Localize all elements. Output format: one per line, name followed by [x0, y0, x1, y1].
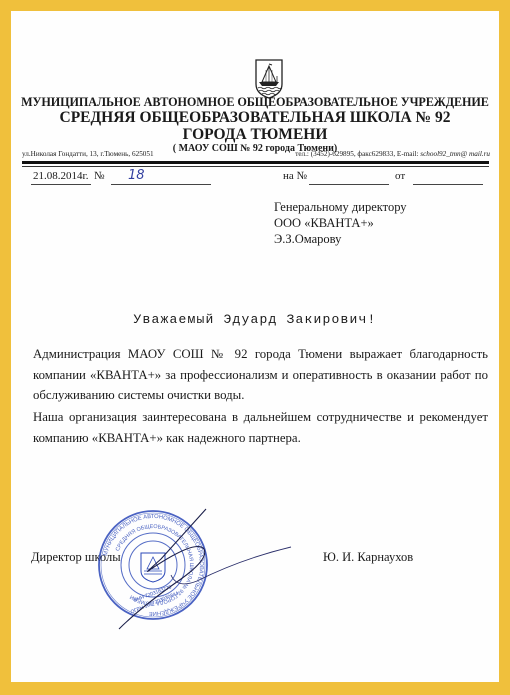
outgoing-number-handwritten: 18	[128, 168, 145, 183]
reference-number-underline	[309, 184, 389, 185]
body-paragraph-2: Наша организация заинтересована в дальне…	[33, 407, 488, 448]
reference-date-underline	[413, 184, 483, 185]
org-name-line1: МУНИЦИПАЛЬНОЕ АВТОНОМНОЕ ОБЩЕОБРАЗОВАТЕЛ…	[11, 95, 499, 110]
reference-date-label: от	[395, 170, 405, 182]
signer-name: Ю. И. Карнаухов	[323, 550, 413, 565]
addressee-position: Генеральному директору	[274, 200, 407, 215]
org-email: school92_tmn@ mail.ru	[420, 150, 490, 158]
handwritten-signature	[101, 499, 301, 639]
date-underline	[31, 184, 91, 185]
outgoing-number-label: №	[94, 170, 105, 182]
org-contacts: тел.: (3452)-629895, факс629833, E-mail:…	[295, 150, 490, 158]
outgoing-date: 21.08.2014г.	[33, 170, 89, 182]
addressee-company: ООО «КВАНТА+»	[274, 216, 374, 231]
org-name-line2: СРЕДНЯЯ ОБЩЕОБРАЗОВАТЕЛЬНАЯ ШКОЛА № 92	[11, 109, 499, 127]
letter-page: МУНИЦИПАЛЬНОЕ АВТОНОМНОЕ ОБЩЕОБРАЗОВАТЕЛ…	[11, 11, 499, 682]
org-phone-fax: тел.: (3452)-629895, факс629833, E-mail:	[295, 150, 420, 158]
body-paragraph-2-text: Наша организация заинтересована в дальне…	[33, 407, 488, 448]
header-divider-thick	[22, 161, 489, 164]
greeting: Уважаемый Эдуард Закирович!	[11, 312, 499, 327]
org-name-line3: ГОРОДА ТЮМЕНИ	[11, 126, 499, 144]
body-paragraph-1-text: Администрация МАОУ СОШ № 92 города Тюмен…	[33, 344, 488, 406]
city-coat-of-arms-icon	[254, 58, 284, 100]
org-address: ул.Николая Гондатти, 13, г.Тюмень, 62505…	[22, 150, 154, 158]
header-divider-thin	[22, 166, 489, 167]
reference-number-label: на №	[283, 170, 307, 182]
addressee-name: Э.З.Омарову	[274, 232, 341, 247]
body-paragraph-1: Администрация МАОУ СОШ № 92 города Тюмен…	[33, 344, 488, 406]
number-underline	[111, 184, 211, 185]
